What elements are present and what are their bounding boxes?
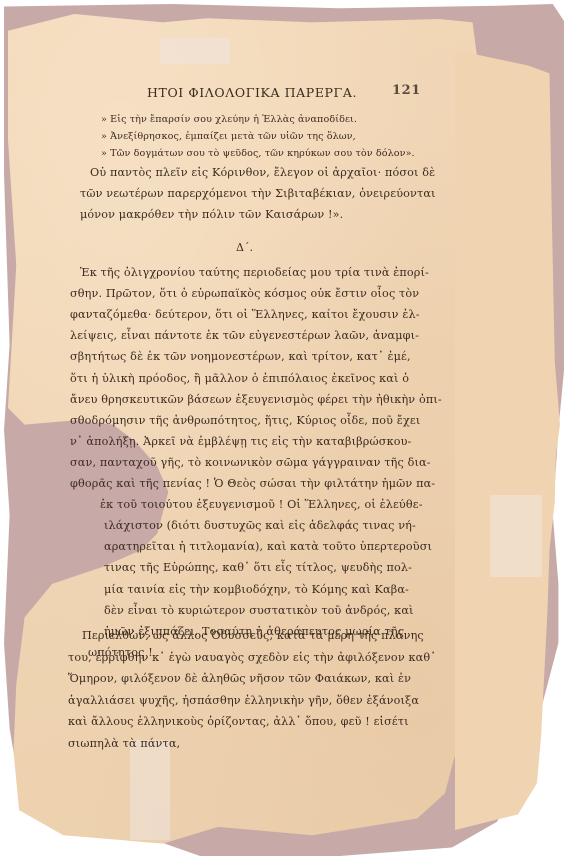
body-line: σθοδρόμησιν τῆς ἀνθρωπότητος, ἥτις, Κύρι… (70, 414, 420, 427)
body-line: φανταζόμεθα· δεύτερον, ὅτι οἱ Ἕλληνες, κ… (70, 308, 420, 321)
body-line: σιωπηλὰ τὰ πάντα, (68, 737, 180, 750)
intro-line: μόνον μακρόθεν τὴν πόλιν τῶν Καισάρων !»… (80, 208, 343, 221)
body-line: καὶ ἄλλους ἑλληνικοὺς ὁρίζοντας, ἀλλ᾽ ὅπ… (68, 715, 409, 728)
quote-line: » Ἀνεξίθρησκος, ἐμπαίζει μετὰ τῶν υἱῶν τ… (101, 131, 356, 142)
page-text: ΗΤΟΙ ΦΙΛΟΛΟΓΙΚΑ ΠΑΡΕΡΓΑ. 121 » Εἰς τὴν ἔ… (0, 0, 571, 860)
body-line: ν᾽ ἀπολήξῃ. Ἀρκεῖ νὰ ἐμβλέψῃ τις εἰς τὴν… (70, 435, 411, 448)
quote-line: » Τῶν δογμάτων σου τὸ ψεῦδος, τῶν κηρύκω… (101, 148, 415, 159)
body-line: δὲν εἶναι τὸ κυριώτερον συστατικὸν τοῦ ἀ… (104, 604, 414, 617)
body-line: ὅτι ἡ ὑλικὴ πρόοδος, ἢ μᾶλλον ὁ ἐπιπόλαι… (70, 372, 409, 385)
intro-line: τῶν νεωτέρων παρερχόμενοι τὴν Σιβιταβέκι… (80, 187, 436, 200)
running-head-title: ΗΤΟΙ ΦΙΛΟΛΟΓΙΚΑ ΠΑΡΕΡΓΑ. (147, 85, 357, 100)
body-line: Ἐκ τῆς ὀλιγχρονίου ταύτης περιοδείας μου… (80, 266, 429, 279)
body-line: σθην. Πρῶτον, ὅτι ὁ εὐρωπαϊκὸς κόσμος οὐ… (70, 287, 419, 300)
body-line: τινας τῆς Εὐρώπης, καθ᾽ ὅτι εἷς τίτλος, … (104, 561, 412, 574)
body-line: σβητήτως δὲ ἐκ τῶν νοημονεστέρων, καὶ τρ… (70, 350, 411, 363)
body-line: Ὅμηρον, φιλόξενον δὲ ἀληθῶς νῆσον τῶν Φα… (68, 672, 411, 685)
body-line: ἀγαλλιάσει ψυχῆς, ἠσπάσθην ἑλληνικὴν γῆν… (68, 694, 419, 707)
page-number: 121 (392, 83, 421, 98)
body-line: αρατηρεῖται ἡ τιτλομανία), καὶ κατὰ τοῦτ… (104, 540, 432, 553)
body-line: ἐκ τοῦ τοιούτου ἐξευγενισμοῦ ! Οἱ Ἕλληνε… (100, 498, 423, 511)
body-line: λείψεις, εἶναι πάντοτε ἐκ τῶν εὐγενεστέρ… (70, 329, 419, 342)
body-line: Περιελθὼν, ὡς ἄλλος Ὀδυσσεύς, κατὰ τὰ μέ… (82, 629, 424, 642)
body-line: ιλάχιστον (διότι δυστυχῶς καὶ εἰς ἀδελφά… (104, 519, 416, 532)
intro-line: Οὐ παντὸς πλεῖν εἰς Κόρινθον, ἔλεγον οἱ … (90, 166, 435, 179)
body-line: σαν, πανταχοῦ γῆς, τὸ κοινωνικὸν σῶμα γά… (70, 456, 431, 469)
quote-line: » Εἰς τὴν ἔπαρσίν σου χλεύην ἡ Ἑλλὰς ἀνα… (101, 114, 357, 125)
running-head: ΗΤΟΙ ΦΙΛΟΛΟΓΙΚΑ ΠΑΡΕΡΓΑ. 121 (147, 85, 467, 100)
body-line: φθορᾶς καὶ τῆς πενίας ! Ὁ Θεὸς σώσαι τὴν… (70, 477, 435, 490)
body-line: του, ἐρρίφθην κ᾽ ἐγὼ ναυαγὸς σχεδὸν εἰς … (68, 651, 436, 664)
section-heading: Δ΄. (236, 241, 253, 254)
body-line: μία ταινία εἰς τὴν κομβιοδόχην, τὸ Κόμης… (104, 583, 409, 596)
body-line: ἄνευ θρησκευτικῶν βάσεων ἐξευγενισμὸς φέ… (70, 393, 442, 406)
